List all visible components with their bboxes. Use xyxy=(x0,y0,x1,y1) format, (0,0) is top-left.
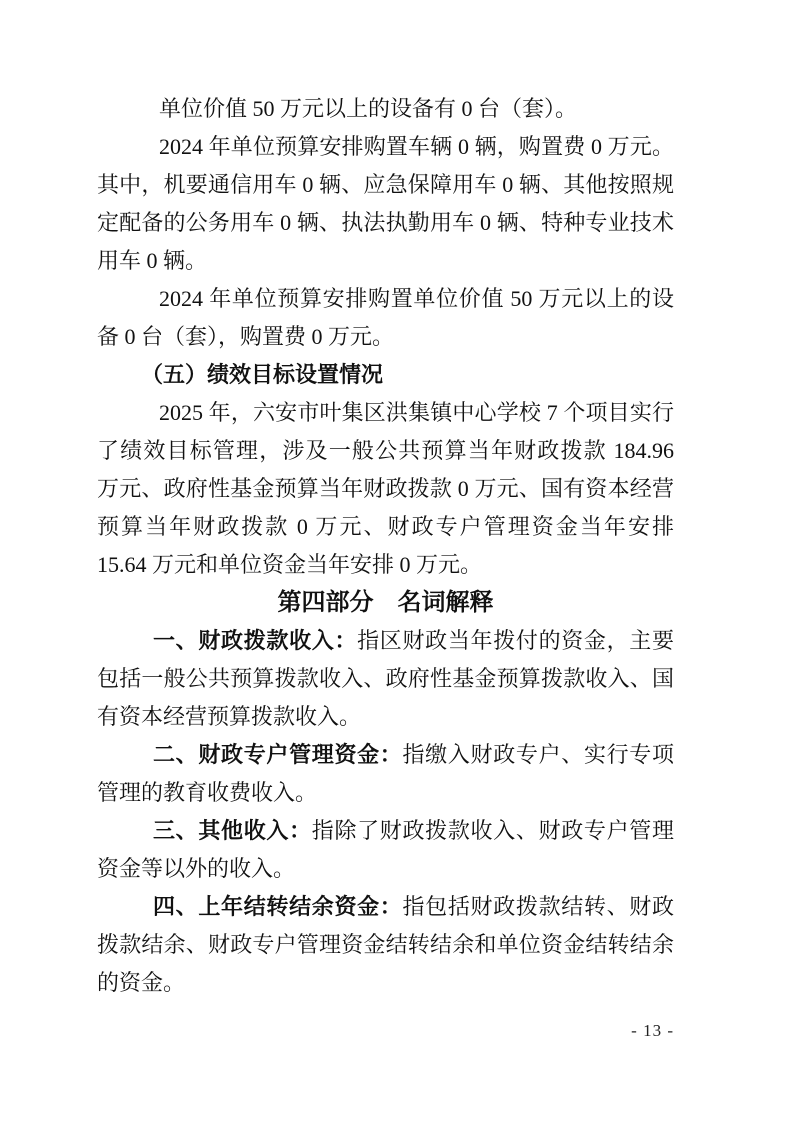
term-lead-special-account-funds: 二、财政专户管理资金： xyxy=(153,742,403,767)
paragraph-equipment-purchase-2024: 2024 年单位预算安排购置单位价值 50 万元以上的设备 0 台（套），购置费… xyxy=(97,280,674,356)
heading-part-four-glossary: 第四部分 名词解释 xyxy=(97,584,674,622)
paragraph-vehicle-purchase-2024: 2024 年单位预算安排购置车辆 0 辆，购置费 0 万元。其中，机要通信用车 … xyxy=(97,128,674,280)
term-definition-special-account-funds: 二、财政专户管理资金：指缴入财政专户、实行专项管理的教育收费收入。 xyxy=(97,736,674,812)
paragraph-performance-targets-2025: 2025 年，六安市叶集区洪集镇中心学校 7 个项目实行了绩效目标管理，涉及一般… xyxy=(97,394,674,584)
page-number: - 13 - xyxy=(97,1012,674,1050)
term-definition-other-income: 三、其他收入：指除了财政拨款收入、财政专户管理资金等以外的收入。 xyxy=(97,812,674,888)
term-lead-other-income: 三、其他收入： xyxy=(153,818,312,843)
term-lead-fiscal-appropriation-income: 一、财政拨款收入： xyxy=(153,628,357,653)
heading-performance-target-setting: （五）绩效目标设置情况 xyxy=(97,356,674,394)
term-lead-carryover-funds: 四、上年结转结余资金： xyxy=(153,894,403,919)
document-page: 单位价值 50 万元以上的设备有 0 台（套）。 2024 年单位预算安排购置车… xyxy=(0,0,793,1122)
term-definition-fiscal-appropriation-income: 一、财政拨款收入：指区财政当年拨付的资金，主要包括一般公共预算拨款收入、政府性基… xyxy=(97,622,674,736)
term-definition-carryover-funds: 四、上年结转结余资金：指包括财政拨款结转、财政拨款结余、财政专户管理资金结转结余… xyxy=(97,888,674,1002)
paragraph-equipment-over-50: 单位价值 50 万元以上的设备有 0 台（套）。 xyxy=(97,90,674,128)
